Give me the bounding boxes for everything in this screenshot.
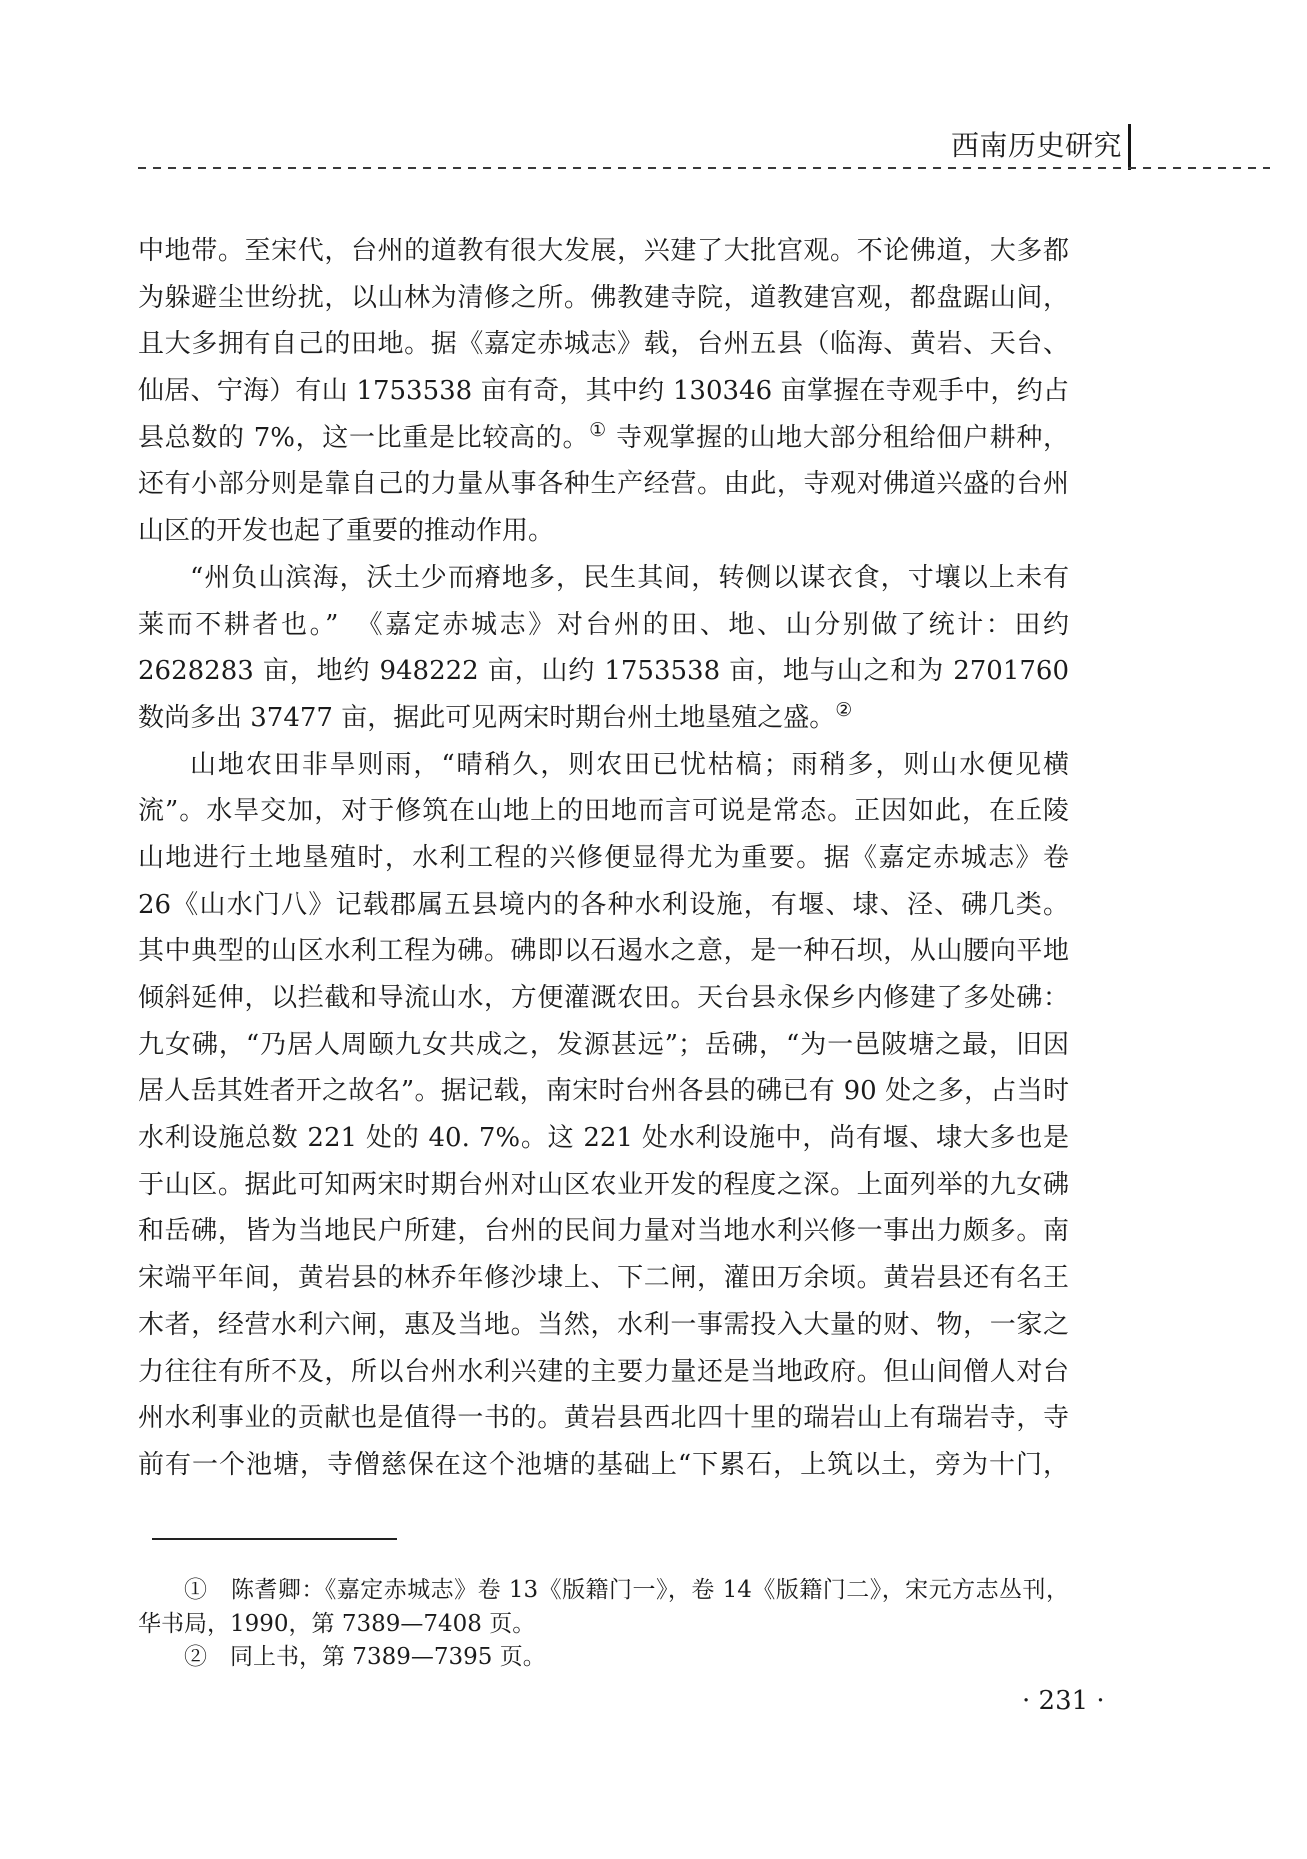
body-line: 县总数的 7%，这一比重是比较高的。① 寺观掌握的山地大部分租给佃户耕种， xyxy=(138,415,1069,462)
body-line: 力往往有所不及，所以台州水利兴建的主要力量还是当地政府。但山间僧人对台 xyxy=(138,1349,1069,1396)
body-line: 流”。水旱交加，对于修筑在山地上的田地而言可说是常态。正因如此，在丘陵 xyxy=(138,788,1069,835)
footnote-ref: ② xyxy=(835,698,852,721)
body-line: 和岳砩，皆为当地民户所建，台州的民间力量对当地水利兴修一事出力颇多。南 xyxy=(138,1208,1069,1255)
body-line: 居人岳其姓者开之故名”。据记载，南宋时台州各县的砩已有 90 处之多，占当时 xyxy=(138,1068,1069,1115)
footnote-line: ② 同上书，第 7389—7395 页。 xyxy=(138,1641,1069,1675)
body-line: 2628283 亩，地约 948222 亩，山约 1753538 亩，地与山之和… xyxy=(138,648,1069,695)
body-line: 前有一个池塘，寺僧慈保在这个池塘的基础上“下累石，上筑以土，旁为十门， xyxy=(138,1442,1069,1489)
body-line: 26《山水门八》记载郡属五县境内的各种水利设施，有堰、埭、泾、砩几类。 xyxy=(138,882,1069,929)
footnotes: ① 陈耆卿：《嘉定赤城志》卷 13《版籍门一》，卷 14《版籍门二》，宋元方志丛… xyxy=(138,1574,1069,1675)
body-line: 为躲避尘世纷扰，以山林为清修之所。佛教建寺院，道教建宫观，都盘踞山间， xyxy=(138,275,1069,322)
body-line: 木者，经营水利六闸，惠及当地。当然，水利一事需投入大量的财、物，一家之 xyxy=(138,1302,1069,1349)
footnote-divider xyxy=(152,1538,397,1540)
body-line: 九女砩，“乃居人周颐九女共成之，发源甚远”；岳砩，“为一邑陂塘之最，旧因 xyxy=(138,1022,1069,1069)
body-line: 宋端平年间，黄岩县的林乔年修沙埭上、下二闸，灌田万余顷。黄岩县还有名王 xyxy=(138,1255,1069,1302)
body-line: 还有小部分则是靠自己的力量从事各种生产经营。由此，寺观对佛道兴盛的台州 xyxy=(138,461,1069,508)
running-head-vertical-rule xyxy=(1128,124,1131,170)
body-line: 莱而不耕者也。” 《嘉定赤城志》对台州的田、地、山分别做了统计：田约 xyxy=(138,602,1069,649)
running-head-dashed-rule xyxy=(138,167,1270,169)
body-line: 州水利事业的贡献也是值得一书的。黄岩县西北四十里的瑞岩山上有瑞岩寺，寺 xyxy=(138,1395,1069,1442)
body-line: 倾斜延伸，以拦截和导流山水，方便灌溉农田。天台县永保乡内修建了多处砩： xyxy=(138,975,1069,1022)
footnote-line: ① 陈耆卿：《嘉定赤城志》卷 13《版籍门一》，卷 14《版籍门二》，宋元方志丛… xyxy=(138,1574,1069,1608)
body-line: 其中典型的山区水利工程为砩。砩即以石遏水之意，是一种石坝，从山腰向平地 xyxy=(138,928,1069,975)
body-text: 中地带。至宋代，台州的道教有很大发展，兴建了大批宫观。不论佛道，大多都为躲避尘世… xyxy=(138,228,1069,1489)
body-line: 数尚多出 37477 亩，据此可见两宋时期台州土地垦殖之盛。② xyxy=(138,695,1069,742)
body-line: 山地农田非旱则雨，“晴稍久，则农田已忧枯槁；雨稍多，则山水便见横 xyxy=(138,742,1069,789)
body-line: 水利设施总数 221 处的 40. 7%。这 221 处水利设施中，尚有堰、埭大… xyxy=(138,1115,1069,1162)
footnote-ref: ① xyxy=(589,418,607,441)
body-line: 中地带。至宋代，台州的道教有很大发展，兴建了大批宫观。不论佛道，大多都 xyxy=(138,228,1069,275)
body-line: 于山区。据此可知两宋时期台州对山区农业开发的程度之深。上面列举的九女砩 xyxy=(138,1162,1069,1209)
body-line: “州负山滨海，沃土少而瘠地多，民生其间，转侧以谋衣食，寸壤以上未有 xyxy=(138,555,1069,602)
book-page: 西南历史研究 中地带。至宋代，台州的道教有很大发展，兴建了大批宫观。不论佛道，大… xyxy=(0,0,1307,1859)
body-line: 且大多拥有自己的田地。据《嘉定赤城志》载，台州五县（临海、黄岩、天台、 xyxy=(138,321,1069,368)
running-head-title: 西南历史研究 xyxy=(950,129,1122,163)
page-number: · 231 · xyxy=(1022,1686,1105,1716)
footnote-line: 华书局，1990，第 7389—7408 页。 xyxy=(138,1608,1069,1642)
body-line: 仙居、宁海）有山 1753538 亩有奇，其中约 130346 亩掌握在寺观手中… xyxy=(138,368,1069,415)
body-line: 山地进行土地垦殖时，水利工程的兴修便显得尤为重要。据《嘉定赤城志》卷 xyxy=(138,835,1069,882)
body-line: 山区的开发也起了重要的推动作用。 xyxy=(138,508,1069,555)
